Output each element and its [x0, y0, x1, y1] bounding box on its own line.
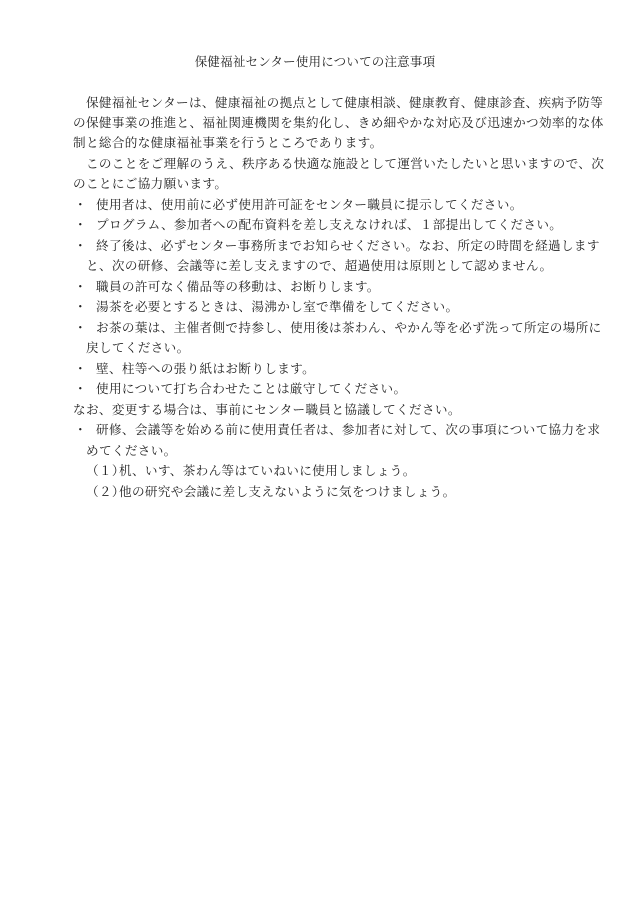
bullet-icon: ・: [74, 217, 87, 233]
bullet-icon: ・: [74, 422, 87, 438]
note-text: なお、変更する場合は、事前にセンター職員と協議してください。: [73, 402, 461, 418]
intro-line: のことにご協力願います。: [73, 176, 227, 192]
bullet-icon: ・: [74, 361, 87, 377]
rule-item: 使用について打ち合わせたことは厳守してください。: [96, 381, 406, 397]
intro-line: 制と総合的な健康福祉事業を行うところであります。: [73, 135, 383, 151]
numbered-item: 他の研究や会議に差し支えないように気をつけましょう。: [119, 484, 456, 500]
bullet-icon: ・: [74, 238, 87, 254]
rule-item: 職員の許可なく備品等の移動は、お断りします。: [96, 279, 380, 295]
document-page: 保健福祉センター使用についての注意事項 保健福祉センターは、健康福祉の拠点として…: [0, 0, 630, 915]
rule-item-continuation: 戻してください。: [86, 340, 190, 356]
bullet-icon: ・: [74, 320, 87, 336]
rule-item: プログラム、参加者への配布資料を差し支えなければ、１部提出してください。: [96, 217, 562, 233]
intro-line: 保健福祉センターは、健康福祉の拠点として健康相談、健康教育、健康診査、疾病予防等: [73, 95, 603, 111]
final-rule-continuation: めてください。: [86, 443, 177, 459]
bullet-icon: ・: [74, 279, 87, 295]
numbered-item: 机、いす、茶わん等はていねいに使用しましょう。: [119, 463, 416, 479]
intro-line: このことをご理解のうえ、秩序ある快適な施設として運営いたしたいと思いますので、次: [73, 156, 604, 172]
bullet-icon: ・: [74, 299, 87, 315]
document-title: 保健福祉センター使用についての注意事項: [0, 52, 630, 70]
intro-line: の保健事業の推進と、福祉関連機関を集約化し、きめ細やかな対応及び迅速かつ効率的な…: [73, 115, 604, 131]
rule-item: 使用者は、使用前に必ず使用許可証をセンター職員に提示してください。: [96, 197, 523, 213]
bullet-icon: ・: [74, 381, 87, 397]
final-rule-item: 研修、会議等を始める前に使用責任者は、参加者に対して、次の事項について協力を求: [96, 422, 600, 438]
rule-item: お茶の葉は、主催者側で持参し、使用後は茶わん、やかん等を必ず洗って所定の場所に: [96, 320, 602, 336]
bullet-icon: ・: [74, 197, 87, 213]
rule-item: 湯茶を必要とするときは、湯沸かし室で準備をしてください。: [96, 299, 458, 315]
rule-item: 壁、柱等への張り紙はお断りします。: [96, 361, 315, 377]
rule-item-continuation: と、次の研修、会議等に差し支えますので、超過使用は原則として認めません。: [86, 258, 552, 274]
rule-item: 終了後は、必ずセンター事務所までお知らせください。なお、所定の時間を経過します: [96, 238, 600, 254]
